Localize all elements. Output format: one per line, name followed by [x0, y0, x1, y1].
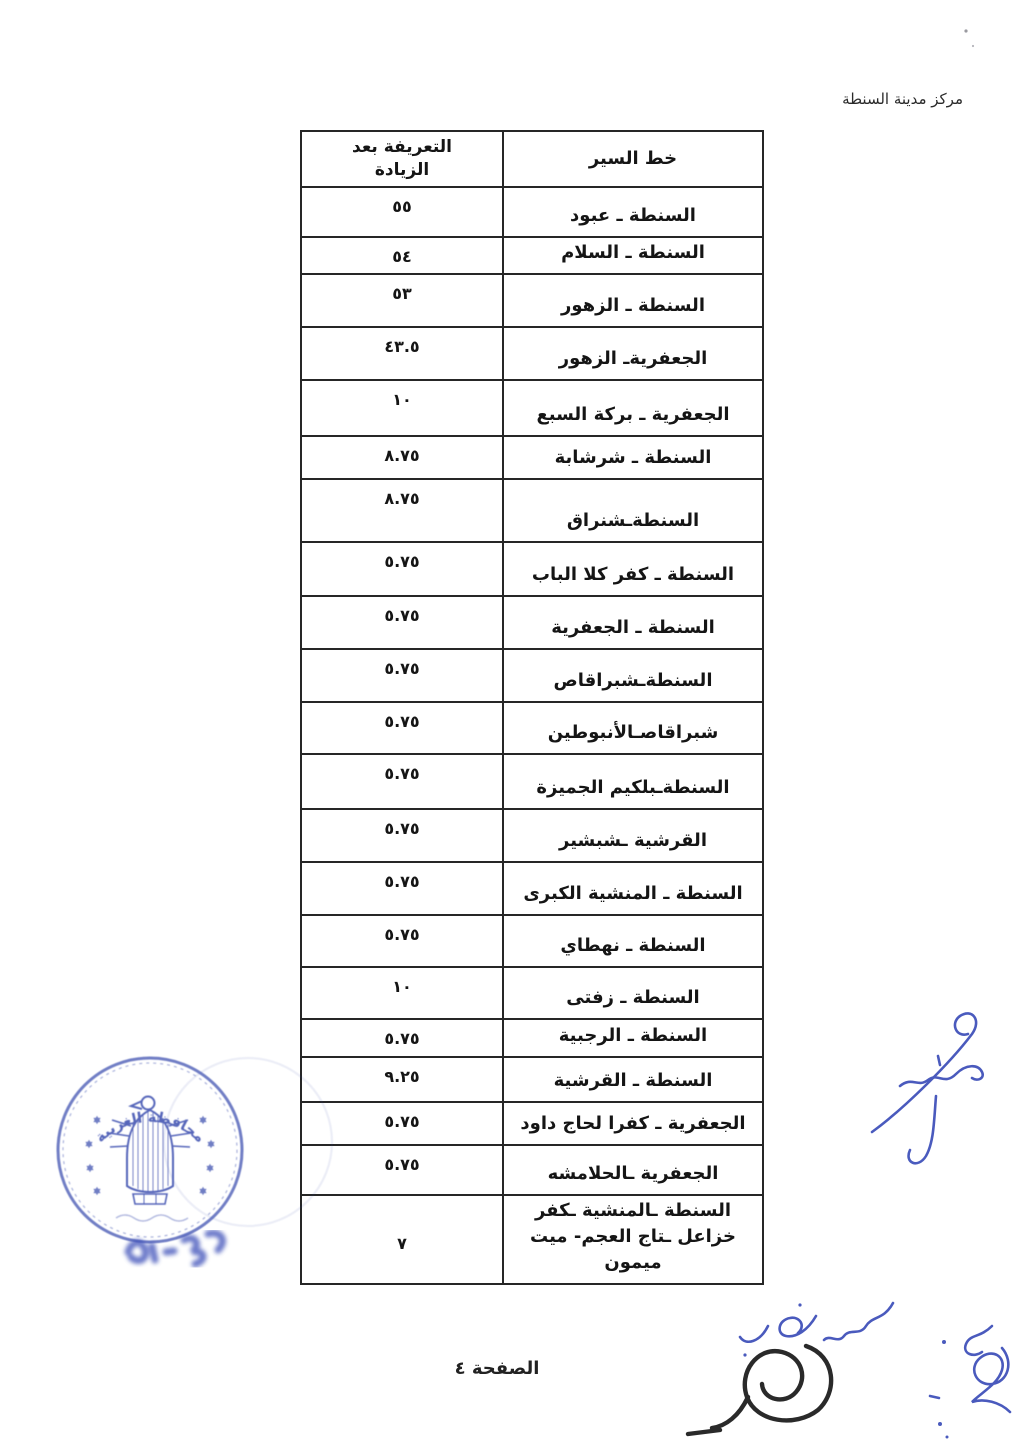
table-row: السنطةـبلكيم الجميزة٥.٧٥	[301, 754, 763, 809]
table-row: السنطةـشنراق٨.٧٥	[301, 479, 763, 542]
fare-cell: ٨.٧٥	[301, 436, 503, 479]
table-row: السنطة ـ كفر كلا الباب٥.٧٥	[301, 542, 763, 596]
table-header-fare: التعريفة بعد الزيادة	[301, 131, 503, 187]
header-note: مركز مدينة السنطة	[758, 90, 963, 108]
route-cell: شبراقاصـالأنبوطين	[503, 702, 763, 754]
fare-cell: ١٠	[301, 380, 503, 436]
smudged-blue-marks	[128, 1233, 223, 1264]
fare-cell: ٧	[301, 1195, 503, 1284]
fare-cell: ١٠	[301, 967, 503, 1019]
route-cell: السنطة ـ كفر كلا الباب	[503, 542, 763, 596]
document-page: مركز مدينة السنطة خط السير التعريفة بعد …	[0, 0, 1018, 1440]
fare-cell: ٥.٧٥	[301, 1145, 503, 1195]
route-cell: السنطةـشنراق	[503, 479, 763, 542]
fare-cell: ٥.٧٥	[301, 1019, 503, 1057]
table-row: السنطةـشبراقاص٥.٧٥	[301, 649, 763, 702]
table-row: السنطة ـ المنشية الكبرى٥.٧٥	[301, 862, 763, 915]
page-number-label: الصفحة ٤	[428, 1358, 566, 1379]
fare-cell: ٥.٧٥	[301, 702, 503, 754]
table-row: السنطة ـ السلام٥٤	[301, 237, 763, 274]
table-row: شبراقاصـالأنبوطين٥.٧٥	[301, 702, 763, 754]
fare-cell: ٨.٧٥	[301, 479, 503, 542]
table-row: السنطة ـ زفتى١٠	[301, 967, 763, 1019]
route-cell: السنطة ـ عبود	[503, 187, 763, 237]
route-cell: السنطة ـ نهطاي	[503, 915, 763, 967]
eagle-emblem-icon	[109, 1097, 191, 1205]
route-cell: السنطة ـ القرشية	[503, 1057, 763, 1102]
table-row: السنطة ـ عبود٥٥	[301, 187, 763, 237]
signature-bottom-loop	[688, 1346, 831, 1434]
fare-cell: ٥.٧٥	[301, 596, 503, 649]
table-row: السنطة ـ القرشية٩.٢٥	[301, 1057, 763, 1102]
table-row: الجعفرية ـ كفرا لحاج داود٥.٧٥	[301, 1102, 763, 1145]
table-row: السنطة ـ نهطاي٥.٧٥	[301, 915, 763, 967]
fare-cell: ٥.٧٥	[301, 754, 503, 809]
table-row: السنطة ـالمنشية ـكفر خزاعل ـتاج العجم- م…	[301, 1195, 763, 1284]
route-cell: السنطةـشبراقاص	[503, 649, 763, 702]
table-row: الجعفرية ـالحلامشه٥.٧٥	[301, 1145, 763, 1195]
route-cell: الجعفرية ـ كفرا لحاج داود	[503, 1102, 763, 1145]
table-header-row: خط السير التعريفة بعد الزيادة	[301, 131, 763, 187]
scan-specks	[964, 29, 974, 47]
tariff-table: خط السير التعريفة بعد الزيادة السنطة ـ ع…	[300, 130, 764, 1285]
table-row: الجعفرية ـ بركة السبع١٠	[301, 380, 763, 436]
route-cell: الجعفريةـ الزهور	[503, 327, 763, 380]
route-cell: السنطة ـ السلام	[503, 237, 763, 274]
gharbia-governorate-stamp: محافظة الغربية	[58, 1058, 332, 1242]
route-cell: السنطةـبلكيم الجميزة	[503, 754, 763, 809]
stamp-star-ornaments	[85, 1116, 214, 1195]
table-row: السنطة ـ الزهور٥٣	[301, 274, 763, 327]
fare-cell: ٥٣	[301, 274, 503, 327]
fare-cell: ٩.٢٥	[301, 1057, 503, 1102]
route-cell: القرشية ـشبشير	[503, 809, 763, 862]
fare-cell: ٥٥	[301, 187, 503, 237]
table-header-route: خط السير	[503, 131, 763, 187]
route-cell: الجعفرية ـ بركة السبع	[503, 380, 763, 436]
table-row: السنطة ـ الجعفرية٥.٧٥	[301, 596, 763, 649]
fare-cell: ٥.٧٥	[301, 1102, 503, 1145]
route-cell: الجعفرية ـالحلامشه	[503, 1145, 763, 1195]
signature-far-right	[930, 1326, 1010, 1439]
signature-middle-right	[872, 1013, 983, 1163]
table-row: السنطة ـ الرجبية٥.٧٥	[301, 1019, 763, 1057]
fare-cell: ٥.٧٥	[301, 862, 503, 915]
route-cell: السنطة ـ الرجبية	[503, 1019, 763, 1057]
table-row: الجعفريةـ الزهور٤٣.٥	[301, 327, 763, 380]
route-cell: السنطة ـ شرشابة	[503, 436, 763, 479]
route-cell: السنطة ـ الجعفرية	[503, 596, 763, 649]
route-cell: السنطة ـ زفتى	[503, 967, 763, 1019]
fare-cell: ٥.٧٥	[301, 809, 503, 862]
route-cell: السنطة ـالمنشية ـكفر خزاعل ـتاج العجم- م…	[503, 1195, 763, 1284]
route-cell: السنطة ـ المنشية الكبرى	[503, 862, 763, 915]
stamp-authority-text: محافظة الغربية	[92, 1110, 207, 1146]
fare-cell: ٤٣.٥	[301, 327, 503, 380]
fare-cell: ٥.٧٥	[301, 542, 503, 596]
fare-cell: ٥٤	[301, 237, 503, 274]
table-row: القرشية ـشبشير٥.٧٥	[301, 809, 763, 862]
route-cell: السنطة ـ الزهور	[503, 274, 763, 327]
fare-cell: ٥.٧٥	[301, 915, 503, 967]
signature-bottom-name	[740, 1303, 893, 1357]
fare-cell: ٥.٧٥	[301, 649, 503, 702]
table-row: السنطة ـ شرشابة٨.٧٥	[301, 436, 763, 479]
